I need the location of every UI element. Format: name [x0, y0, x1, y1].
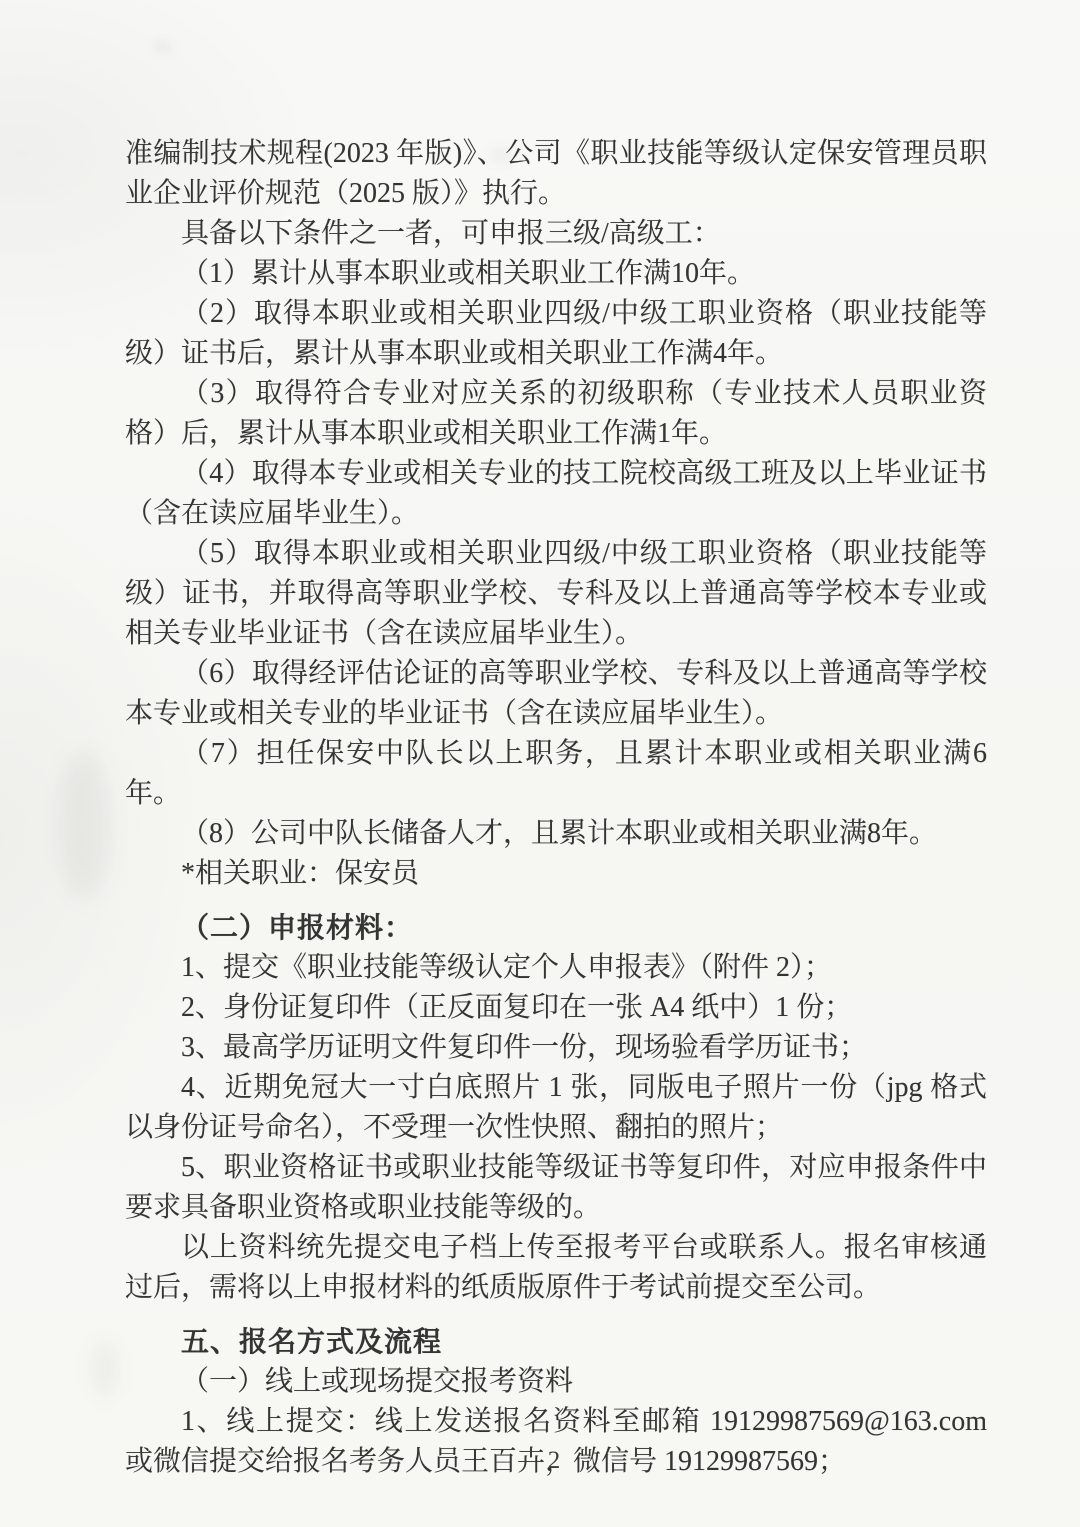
condition-item-6: （6）取得经评估论证的高等职业学校、专科及以上普通高等学校本专业或相关专业的毕业…	[125, 654, 987, 734]
page-number: 2	[0, 1447, 1080, 1475]
document-body: 准编制技术规程(2023 年版)》、公司《职业技能等级认定保安管理员职业企业评价…	[125, 134, 987, 1482]
paragraph-continuation: 准编制技术规程(2023 年版)》、公司《职业技能等级认定保安管理员职业企业评价…	[125, 134, 987, 214]
material-item-1: 1、提交《职业技能等级认定个人申报表》（附件 2）；	[125, 948, 987, 988]
material-item-4: 4、近期免冠大一寸白底照片 1 张，同版电子照片一份（jpg 格式以身份证号命名…	[125, 1068, 987, 1148]
paragraph-conditions-intro: 具备以下条件之一者，可申报三级/高级工：	[125, 214, 987, 254]
section-heading-registration-process: 五、报名方式及流程	[125, 1322, 987, 1362]
material-item-2: 2、身份证复印件（正反面复印在一张 A4 纸中）1 份；	[125, 988, 987, 1028]
scan-smudge	[92, 1340, 118, 1398]
material-item-3: 3、最高学历证明文件复印件一份，现场验看学历证书；	[125, 1028, 987, 1068]
materials-submission-note: 以上资料统先提交电子档上传至报考平台或联系人。报名审核通过后，需将以上申报材料的…	[125, 1228, 987, 1308]
condition-item-4: （4）取得本专业或相关专业的技工院校高级工班及以上毕业证书（含在读应届毕业生）。	[125, 454, 987, 534]
condition-item-3: （3）取得符合专业对应关系的初级职称（专业技术人员职业资格）后，累计从事本职业或…	[125, 374, 987, 454]
related-occupation-note: *相关职业：保安员	[125, 854, 987, 894]
scan-smudge	[156, 42, 170, 51]
condition-item-2: （2）取得本职业或相关职业四级/中级工职业资格（职业技能等级）证书后，累计从事本…	[125, 294, 987, 374]
condition-item-7: （7）担任保安中队长以上职务，且累计本职业或相关职业满6年。	[125, 734, 987, 814]
section-heading-application-materials: （二）申报材料：	[125, 908, 987, 948]
registration-subheading: （一）线上或现场提交报考资料	[125, 1362, 987, 1402]
condition-item-8: （8）公司中队长储备人才，且累计本职业或相关职业满8年。	[125, 814, 987, 854]
material-item-5: 5、职业资格证书或职业技能等级证书等复印件，对应申报条件中要求具备职业资格或职业…	[125, 1148, 987, 1228]
condition-item-1: （1）累计从事本职业或相关职业工作满10年。	[125, 254, 987, 294]
scan-smudge	[58, 750, 110, 900]
condition-item-5: （5）取得本职业或相关职业四级/中级工职业资格（职业技能等级）证书，并取得高等职…	[125, 534, 987, 654]
